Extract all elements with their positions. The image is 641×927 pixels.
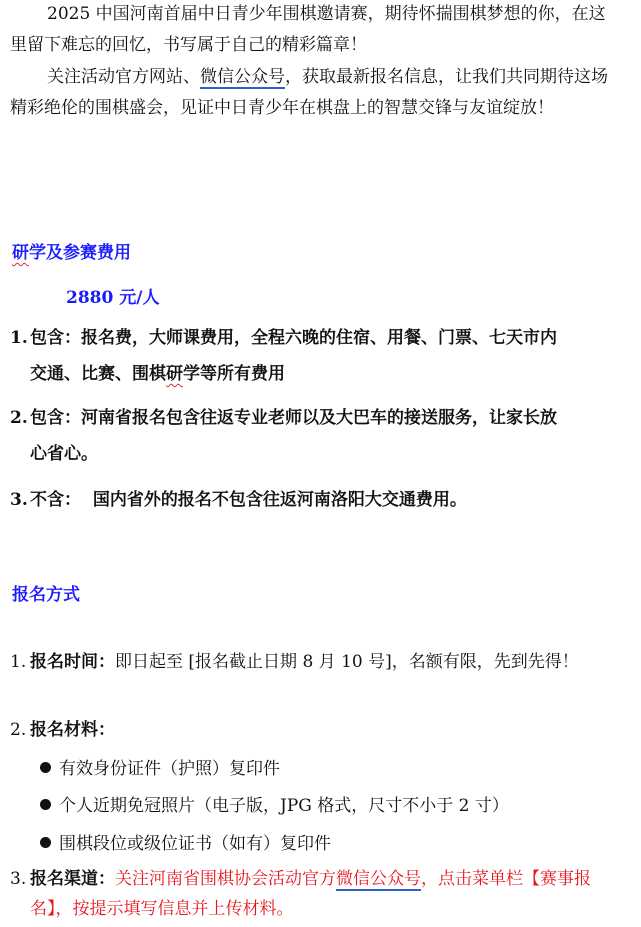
material-bullet-2: 个人近期免冠照片（电子版，JPG 格式，尺寸不小于 2 寸） xyxy=(40,791,509,816)
item-label: 报名材料： xyxy=(30,720,115,740)
intro-paragraph-1: 2025 中国河南首届中日青少年围棋邀请赛，期待怀揣围棋梦想的你，在这里留下难忘… xyxy=(10,0,620,61)
item-label: 报名渠道： xyxy=(30,869,115,889)
item-number: 1. xyxy=(10,648,30,676)
fee-item-3: 3.不含： 国内省外的报名不包含往返河南洛阳大交通费用。 xyxy=(10,482,620,518)
item-label: 报名时间： xyxy=(30,652,115,672)
price: 2880 元/人 xyxy=(66,283,159,308)
item-number: 2. xyxy=(10,400,30,436)
item-number: 1. xyxy=(10,320,30,356)
registration-heading: 报名方式 xyxy=(12,580,80,605)
item-text: 包含：河南省报名包含往返专业老师以及大巴车的接送服务，让家长放 xyxy=(30,408,557,428)
item-continuation: 心省心。 xyxy=(10,436,620,472)
item-continuation: 交通、比赛、围棋研学等所有费用 xyxy=(10,356,620,392)
reg-item-1: 1.报名时间：即日起至 [报名截止日期 8 月 10 号]，名额有限，先到先得！ xyxy=(10,648,600,676)
item-text: 关注河南省围棋协会活动官方 xyxy=(115,869,336,889)
heading-text: 学及参赛费用 xyxy=(29,243,131,263)
bullet-icon xyxy=(40,837,51,848)
bullet-icon xyxy=(40,799,51,810)
intro-paragraph-2: 关注活动官方网站、微信公众号，获取最新报名信息，让我们共同期待这场精彩绝伦的围棋… xyxy=(10,62,620,124)
item-number: 3. xyxy=(10,864,30,894)
material-bullet-1: 有效身份证件（护照）复印件 xyxy=(40,754,280,779)
reg-item-3: 3.报名渠道：关注河南省围棋协会活动官方微信公众号，点击菜单栏【赛事报名】，按提… xyxy=(10,864,610,924)
item-text: 不含： 国内省外的报名不包含往返河南洛阳大交通费用。 xyxy=(30,490,467,510)
intro-text: 关注活动官方网站、 xyxy=(47,67,200,87)
fee-item-2: 2.包含：河南省报名包含往返专业老师以及大巴车的接送服务，让家长放 心省心。 xyxy=(10,400,620,472)
wechat-link[interactable]: 微信公众号 xyxy=(200,67,285,89)
item-text: 即日起至 [报名截止日期 8 月 10 号]，名额有限，先到先得！ xyxy=(115,652,579,672)
fee-item-1: 1.包含：报名费，大师课费用，全程六晚的住宿、用餐、门票、七天市内 交通、比赛、… xyxy=(10,320,620,392)
item-text: 包含：报名费，大师课费用，全程六晚的住宿、用餐、门票、七天市内 xyxy=(30,328,557,348)
reg-item-2: 2.报名材料： xyxy=(10,716,620,744)
bullet-icon xyxy=(40,762,51,773)
wechat-link[interactable]: 微信公众号 xyxy=(336,869,421,891)
spellcheck-word: 研 xyxy=(12,243,29,263)
fees-heading: 研学及参赛费用 xyxy=(12,238,131,263)
material-bullet-3: 围棋段位或级位证书（如有）复印件 xyxy=(40,829,331,854)
item-number: 2. xyxy=(10,716,30,744)
item-number: 3. xyxy=(10,482,30,518)
